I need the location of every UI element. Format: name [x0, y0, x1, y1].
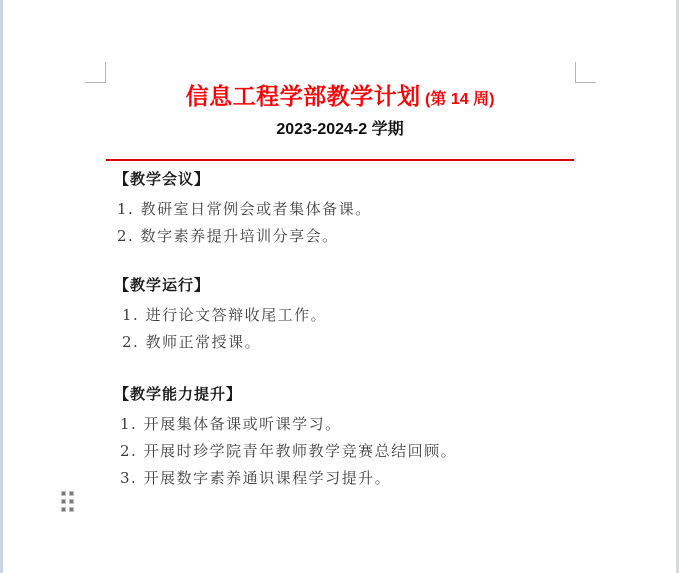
drag-handle-dot — [70, 492, 73, 495]
section-teaching-meetings: 【教学会议】 1. 教研室日常例会或者集体备课。 2. 数字素养提升培训分享会。 — [114, 170, 584, 250]
document-title: 信息工程学部教学计划 (第 14 周) — [106, 78, 574, 111]
drag-handle-icon[interactable] — [62, 492, 73, 511]
document-title-main: 信息工程学部教学计划 — [186, 83, 421, 109]
drag-handle-dot — [70, 500, 73, 503]
list-item: 3. 开展数字素养通识课程学习提升。 — [114, 465, 584, 492]
document-title-week-suffix: (第 14 周) — [425, 91, 494, 108]
list-item: 1. 进行论文答辩收尾工作。 — [114, 302, 584, 329]
list-item: 2. 开展时珍学院青年教师教学竞赛总结回顾。 — [114, 438, 584, 465]
list-item: 1. 教研室日常例会或者集体备课。 — [114, 196, 584, 223]
section-teaching-operations: 【教学运行】 1. 进行论文答辩收尾工作。 2. 教师正常授课。 — [114, 276, 584, 356]
app-background-left-edge — [0, 0, 3, 573]
margin-crop-mark-top-right — [575, 62, 596, 83]
section-heading: 【教学会议】 — [114, 170, 584, 188]
section-heading: 【教学能力提升】 — [114, 385, 584, 403]
section-heading: 【教学运行】 — [114, 276, 584, 294]
drag-handle-dot — [70, 508, 73, 511]
section-teaching-ability: 【教学能力提升】 1. 开展集体备课或听课学习。 2. 开展时珍学院青年教师教学… — [114, 385, 584, 492]
margin-crop-mark-top-left — [85, 62, 106, 83]
red-divider-line — [106, 159, 574, 161]
drag-handle-dot — [62, 492, 65, 495]
drag-handle-dot — [62, 500, 65, 503]
list-item: 2. 教师正常授课。 — [114, 329, 584, 356]
drag-handle-dot — [62, 508, 65, 511]
list-item: 2. 数字素养提升培训分享会。 — [114, 223, 584, 250]
list-item: 1. 开展集体备课或听课学习。 — [114, 411, 584, 438]
document-subtitle: 2023-2024-2 学期 — [106, 116, 574, 139]
document-page: 信息工程学部教学计划 (第 14 周) 2023-2024-2 学期 【教学会议… — [0, 0, 679, 573]
